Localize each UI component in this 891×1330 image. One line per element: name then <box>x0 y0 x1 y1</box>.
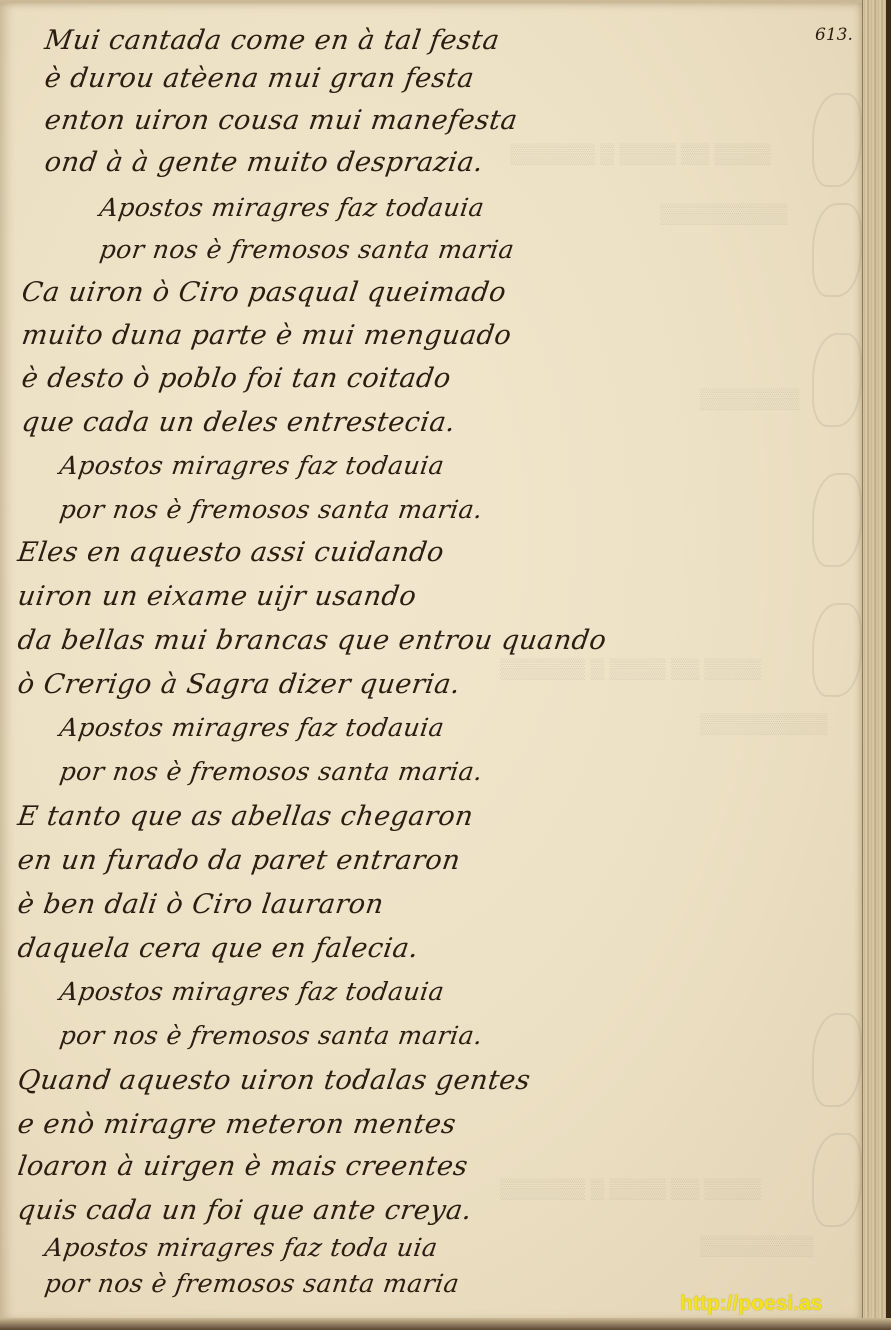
bleed-through-text: ▒▒▒▒▒▒▒▒▒ <box>700 713 828 736</box>
bleed-through-flourish <box>812 1133 862 1227</box>
verse-line: Quand aquesto uiron todalas gentes <box>16 1065 533 1096</box>
refrain-line: por nos è fremosos santa maria. <box>58 757 485 786</box>
refrain-line: por nos è fremosos santa maria <box>98 235 516 264</box>
refrain-line: Apostos miragres faz todauia <box>58 713 446 742</box>
verse-line: muito duna parte è mui menguado <box>20 320 514 351</box>
verse-line: è desto ò poblo foi tan coitado <box>20 363 453 394</box>
book-bottom-edge <box>0 1318 891 1330</box>
bleed-through-text: ▒▒▒▒▒▒▒▒ <box>700 1235 813 1258</box>
refrain-line: por nos è fremosos santa maria. <box>58 495 485 524</box>
page-number: 613. <box>815 25 853 45</box>
refrain-line: por nos è fremosos santa maria. <box>58 1021 485 1050</box>
verse-line: daquela cera que en falecia. <box>16 933 421 964</box>
refrain-line: Apostos miragres faz todauia <box>58 977 446 1006</box>
bleed-through-text: ▒▒▒▒ ▒▒ ▒▒▒▒ ▒ ▒▒▒▒▒▒ <box>500 1178 761 1201</box>
verse-line: ond à à gente muito desprazia. <box>43 147 486 178</box>
verse-line: uiron un eixame uijr usando <box>16 581 419 612</box>
bleed-through-flourish <box>812 603 862 697</box>
verse-line: ò Crerigo à Sagra dizer queria. <box>16 669 463 700</box>
refrain-line: Apostos miragres faz todauia <box>98 193 486 222</box>
verse-line: Eles en aquesto assi cuidando <box>16 537 446 568</box>
book-page-edges <box>862 0 891 1330</box>
refrain-line: por nos è fremosos santa maria <box>43 1269 461 1298</box>
verse-line: e enò miragre meteron mentes <box>16 1109 458 1140</box>
bleed-through-flourish <box>812 333 862 427</box>
bleed-through-text: ▒▒▒▒ ▒▒ ▒▒▒▒ ▒ ▒▒▒▒▒▒ <box>510 143 771 166</box>
bleed-through-flourish <box>812 203 862 297</box>
verse-line: E tanto que as abellas chegaron <box>16 801 476 832</box>
bleed-through-text: ▒▒▒▒▒▒▒ <box>700 388 799 411</box>
verse-line: è ben dali ò Ciro lauraron <box>16 889 386 920</box>
watermark: http://poesi.as <box>680 1292 822 1316</box>
verse-line: da bellas mui brancas que entrou quando <box>16 625 609 656</box>
verse-line: que cada un deles entrestecia. <box>20 407 458 438</box>
refrain-line: Apostos miragres faz todauia <box>58 451 446 480</box>
verse-line: en un furado da paret entraron <box>16 845 463 876</box>
verse-line: loaron à uirgen è mais creentes <box>16 1151 470 1182</box>
verse-line: Mui cantada come en à tal festa <box>43 25 502 56</box>
verse-line: è durou atèena mui gran festa <box>43 63 476 94</box>
manuscript-page: ▒▒▒▒ ▒▒ ▒▒▒▒ ▒ ▒▒▒▒▒▒ ▒▒▒▒▒▒▒▒▒ ▒▒▒▒▒▒▒ … <box>0 0 862 1321</box>
bleed-through-text: ▒▒▒▒ ▒▒ ▒▒▒▒ ▒ ▒▒▒▒▒▒ <box>500 658 761 681</box>
bleed-through-flourish <box>812 473 862 567</box>
bleed-through-text: ▒▒▒▒▒▒▒▒▒ <box>660 203 788 226</box>
verse-line: enton uiron cousa mui manefesta <box>43 105 520 136</box>
verse-line: Ca uiron ò Ciro pasqual queimado <box>20 277 508 308</box>
verse-line: quis cada un foi que ante creya. <box>16 1195 474 1226</box>
bleed-through-flourish <box>812 1013 862 1107</box>
bleed-through-flourish <box>812 93 862 187</box>
refrain-line: Apostos miragres faz toda uia <box>43 1233 440 1262</box>
